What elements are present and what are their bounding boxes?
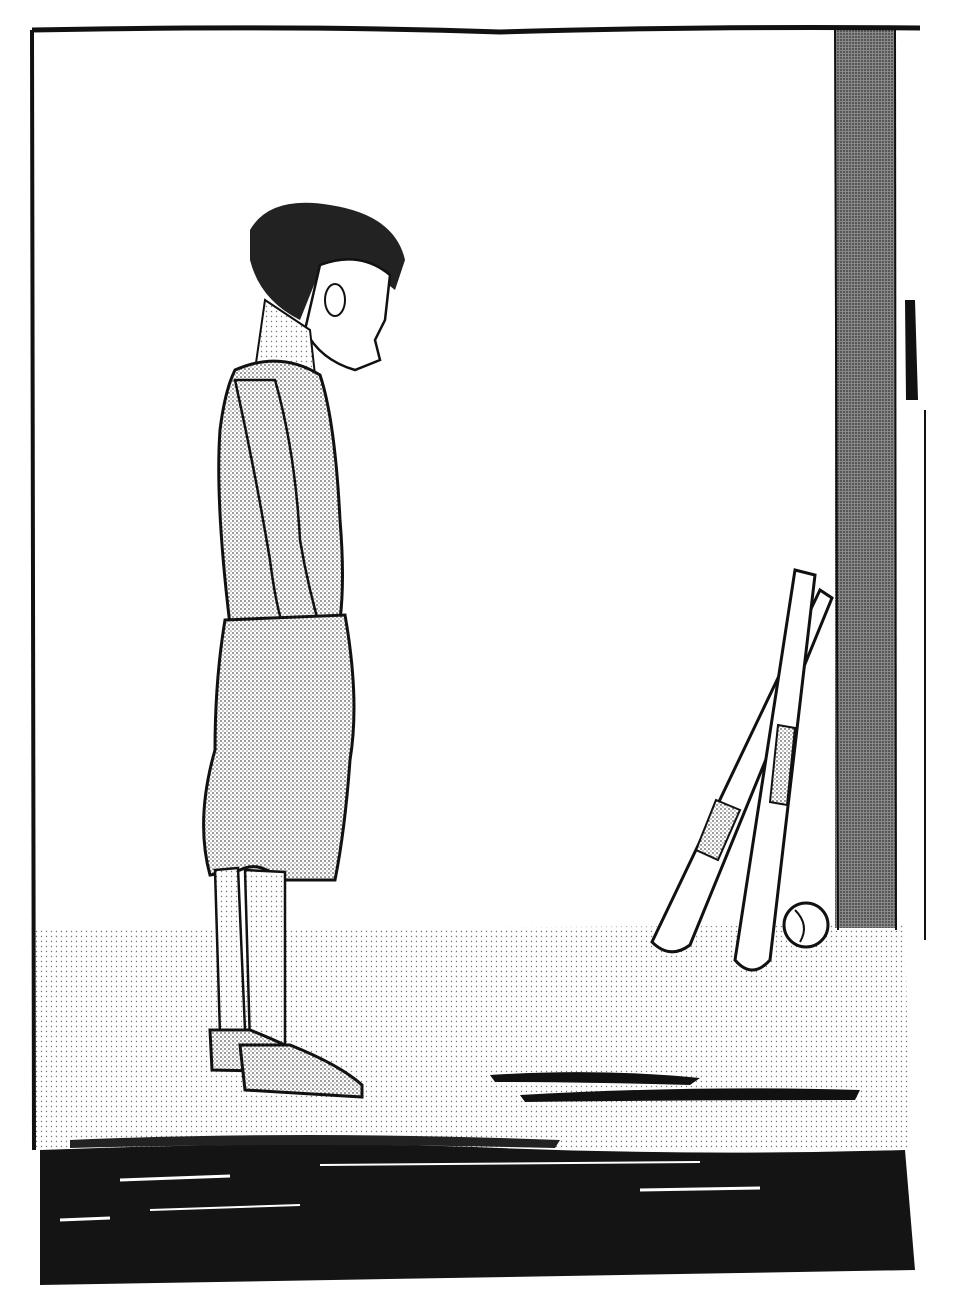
ground xyxy=(32,925,915,1285)
wooden-post xyxy=(835,28,925,940)
baseball xyxy=(784,903,828,947)
frame xyxy=(32,28,920,33)
frame-left xyxy=(32,30,34,1150)
illustration xyxy=(0,0,958,1296)
